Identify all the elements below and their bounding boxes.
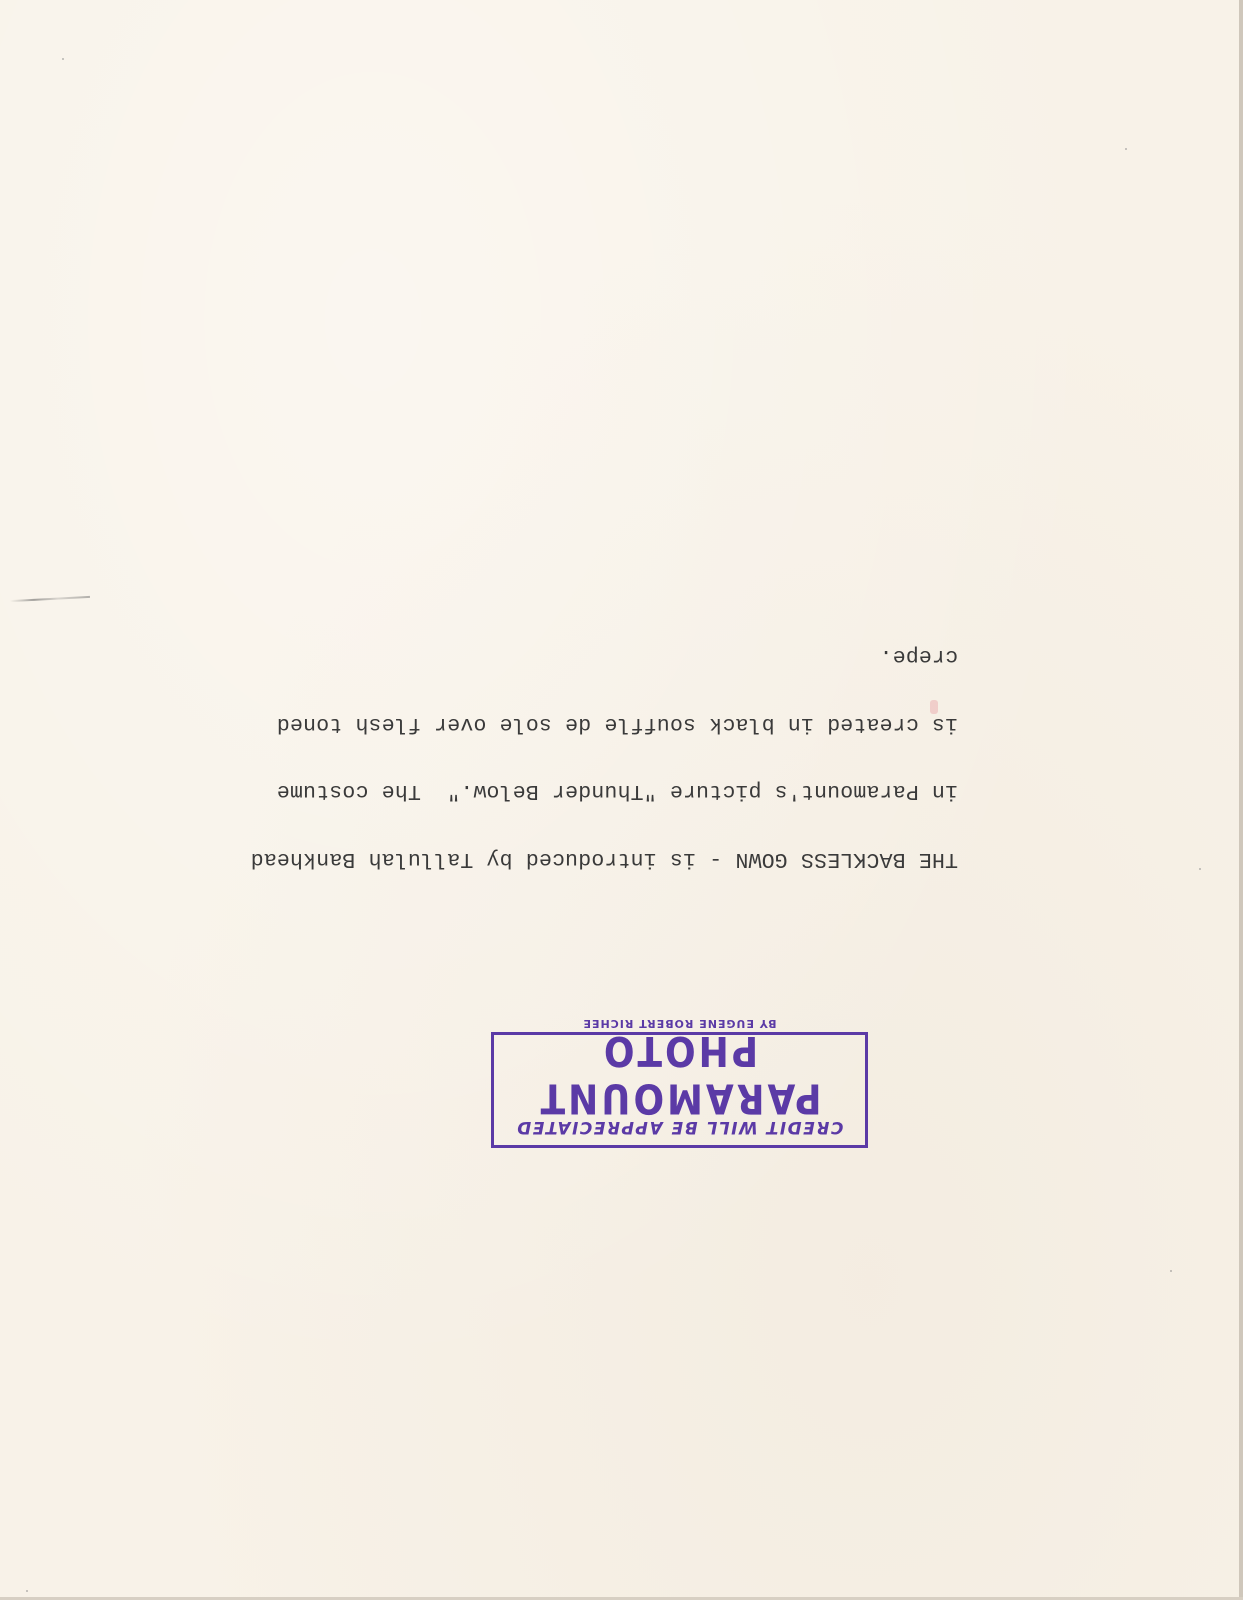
stamp-brand-text: PARAMOUNT PHOTO <box>494 1027 865 1121</box>
caption-line: is created in black souffle de sole over… <box>138 713 958 736</box>
paramount-photo-stamp: CREDIT WILL BE APPRECIATED PARAMOUNT PHO… <box>491 1032 868 1148</box>
paper-sheet: THE BACKLESS GOWN - is introduced by Tal… <box>0 0 1243 1600</box>
typed-caption: THE BACKLESS GOWN - is introduced by Tal… <box>138 600 958 915</box>
caption-line: THE BACKLESS GOWN - is introduced by Tal… <box>138 848 958 871</box>
paper-edge-right <box>1239 0 1243 1600</box>
caption-line: crepe. <box>138 645 958 668</box>
pencil-mark <box>10 596 90 602</box>
caption-line: in Paramount's picture "Thunder Below." … <box>138 780 958 803</box>
